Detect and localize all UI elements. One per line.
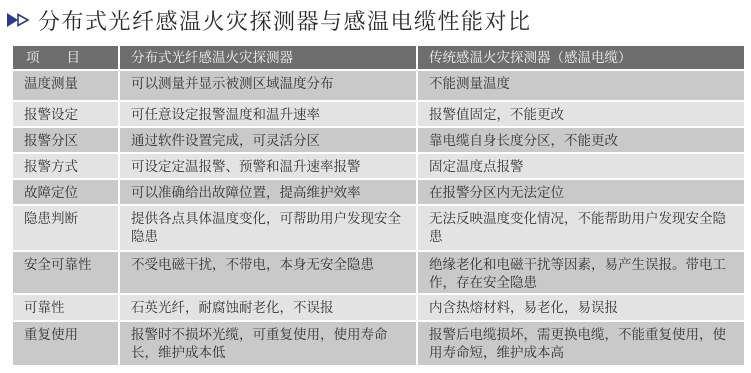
header-cable: 传统感温火灾探测器（感温电缆）	[418, 46, 744, 71]
cell-cable: 内含热熔材料，易老化，易误报	[418, 295, 744, 322]
cell-item: 温度测量	[13, 71, 120, 102]
cell-dts: 可设定定温报警、预警和温升速率报警	[120, 154, 418, 180]
cell-cable: 无法反映温度变化情况，不能帮助用户发现安全隐患	[418, 206, 744, 252]
table-row: 温度测量 可以测量并显示被测区域温度分布 不能测量温度	[13, 71, 744, 102]
cell-cable: 绝缘老化和电磁干扰等因素，易产生误报。带电工作，存在安全隐患	[418, 252, 744, 295]
cell-item: 故障定位	[13, 180, 120, 206]
cell-dts: 通过软件设置完成，可灵活分区	[120, 128, 418, 154]
table-header-row: 项 目 分布式光纤感温火灾探测器 传统感温火灾探测器（感温电缆）	[13, 46, 744, 71]
double-triangle-right-icon	[6, 12, 32, 28]
cell-item: 安全可靠性	[13, 252, 120, 295]
cell-dts: 报警时不损坏光缆，可重复使用，使用寿命长，维护成本低	[120, 322, 418, 365]
cell-item: 报警设定	[13, 102, 120, 128]
cell-dts: 石英光纤，耐腐蚀耐老化，不误报	[120, 295, 418, 322]
table-row: 报警分区 通过软件设置完成，可灵活分区 靠电缆自身长度分区，不能更改	[13, 128, 744, 154]
cell-cable: 在报警分区内无法定位	[418, 180, 744, 206]
cell-item: 报警分区	[13, 128, 120, 154]
page: 分布式光纤感温火灾探测器与感温电缆性能对比 项 目 分布式光纤感温火灾探测器 传…	[0, 0, 751, 373]
cell-cable: 靠电缆自身长度分区，不能更改	[418, 128, 744, 154]
header-item: 项 目	[13, 46, 120, 71]
table-row: 隐患判断 提供各点具体温度变化，可帮助用户发现安全隐患 无法反映温度变化情况，不…	[13, 206, 744, 252]
cell-item: 报警方式	[13, 154, 120, 180]
cell-dts: 不受电磁干扰，不带电，本身无安全隐患	[120, 252, 418, 295]
page-title: 分布式光纤感温火灾探测器与感温电缆性能对比	[38, 5, 532, 36]
cell-cable: 报警后电缆损坏，需更换电缆，不能重复使用，使用寿命短，维护成本高	[418, 322, 744, 365]
table-row: 报警设定 可任意设定报警温度和温升速率 报警值固定，不能更改	[13, 102, 744, 128]
table-row: 报警方式 可设定定温报警、预警和温升速率报警 固定温度点报警	[13, 154, 744, 180]
table-row: 安全可靠性 不受电磁干扰，不带电，本身无安全隐患 绝缘老化和电磁干扰等因素，易产…	[13, 252, 744, 295]
table-row: 重复使用 报警时不损坏光缆，可重复使用，使用寿命长，维护成本低 报警后电缆损坏，…	[13, 322, 744, 365]
cell-cable: 报警值固定，不能更改	[418, 102, 744, 128]
cell-dts: 可以准确给出故障位置，提高维护效率	[120, 180, 418, 206]
cell-item: 隐患判断	[13, 206, 120, 252]
comparison-table: 项 目 分布式光纤感温火灾探测器 传统感温火灾探测器（感温电缆） 温度测量 可以…	[13, 46, 744, 365]
cell-dts: 可任意设定报警温度和温升速率	[120, 102, 418, 128]
table-row: 可靠性 石英光纤，耐腐蚀耐老化，不误报 内含热熔材料，易老化，易误报	[13, 295, 744, 322]
cell-dts: 提供各点具体温度变化，可帮助用户发现安全隐患	[120, 206, 418, 252]
header-dts: 分布式光纤感温火灾探测器	[120, 46, 418, 71]
cell-item: 重复使用	[13, 322, 120, 365]
cell-cable: 固定温度点报警	[418, 154, 744, 180]
cell-item: 可靠性	[13, 295, 120, 322]
title-bar: 分布式光纤感温火灾探测器与感温电缆性能对比	[6, 4, 532, 36]
table-row: 故障定位 可以准确给出故障位置，提高维护效率 在报警分区内无法定位	[13, 180, 744, 206]
cell-dts: 可以测量并显示被测区域温度分布	[120, 71, 418, 102]
cell-cable: 不能测量温度	[418, 71, 744, 102]
